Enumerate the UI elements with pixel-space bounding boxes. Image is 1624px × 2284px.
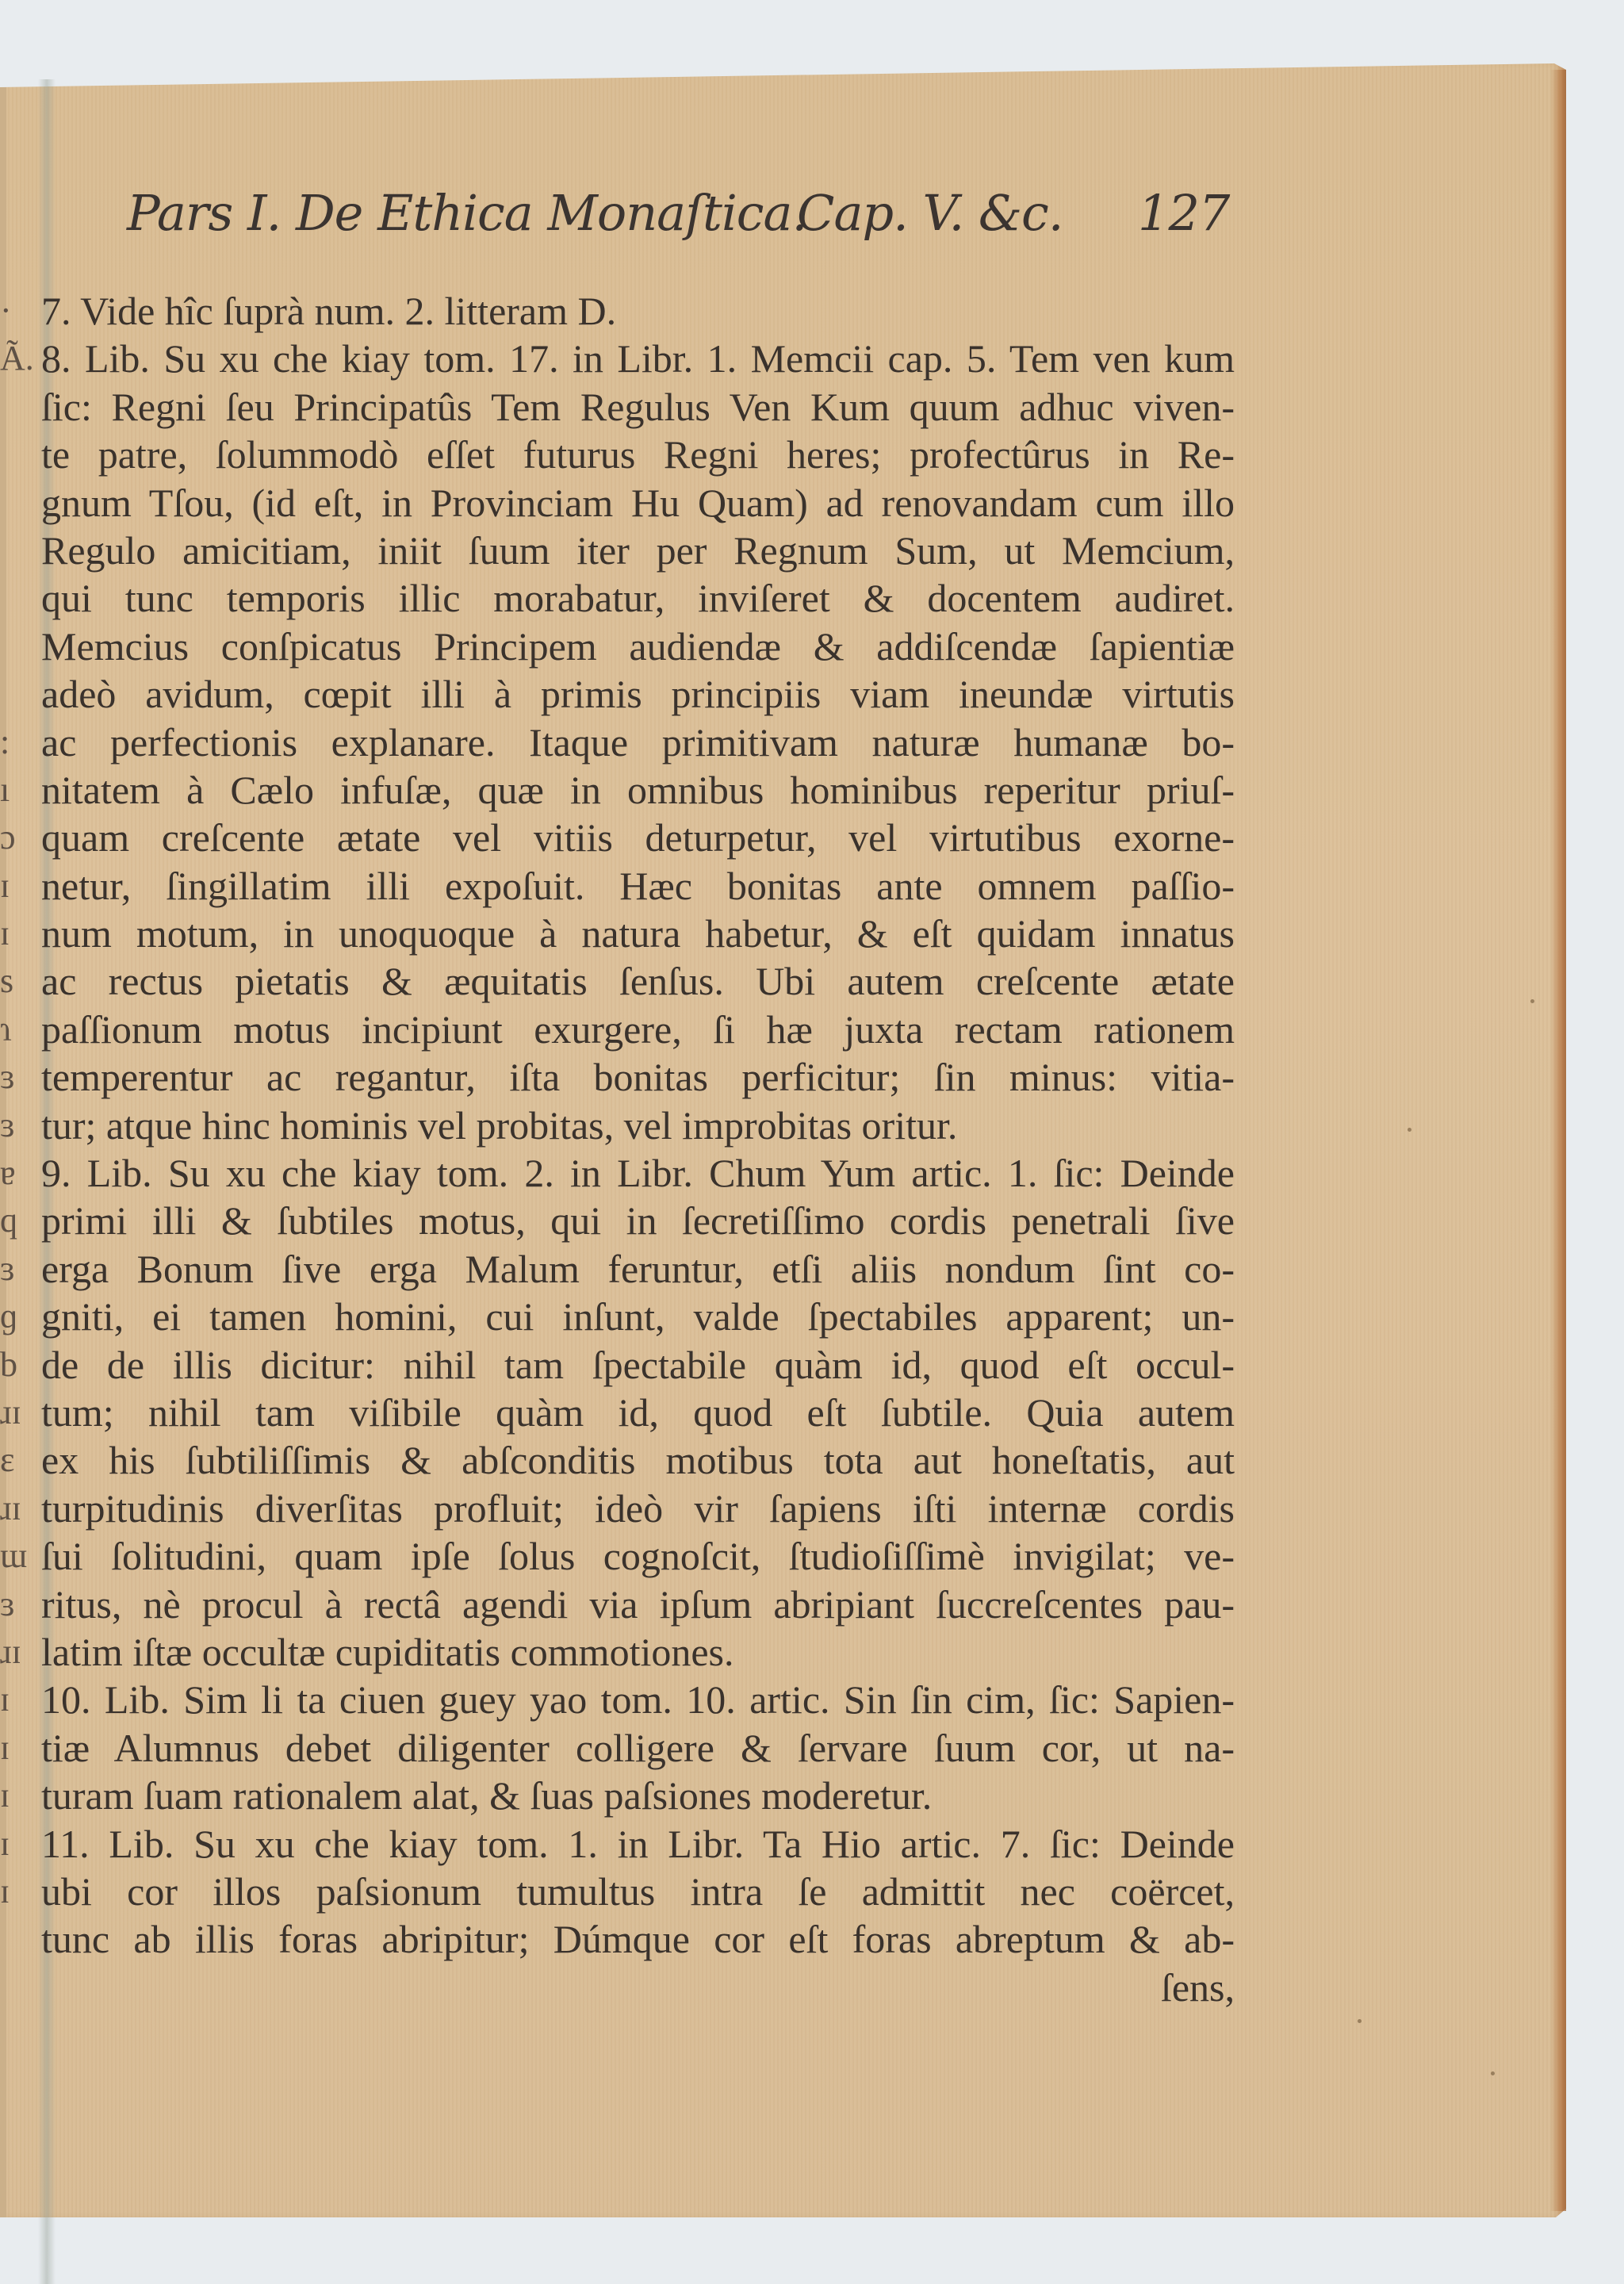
text-line: nitatem à Cælo infuſæ, quæ in omnibus ho… — [41, 766, 1235, 814]
text-line: turpitudinis diverſitas profluit; ideò v… — [41, 1485, 1235, 1532]
margin-fragment: ɛ — [0, 1436, 40, 1484]
margin-fragment: ı — [0, 766, 40, 814]
text-line: tiæ Alumnus debet diligenter colligere &… — [41, 1724, 1235, 1772]
text-line: te patre, ſolummodò eſſet futurus Regni … — [41, 431, 1235, 478]
margin-fragment: ɜ — [0, 1102, 40, 1149]
text-line: primi illi & ſubtiles motus, qui in ſecr… — [41, 1197, 1235, 1244]
margin-fragment: s — [0, 957, 40, 1005]
margin-fragment: ɡ — [0, 1293, 40, 1340]
running-head: Pars I. De Ethica Monaſtica. Cap. V. &c.… — [127, 184, 1237, 255]
text-line: ubi cor illos paſsionum tumultus intra ſ… — [41, 1868, 1235, 1915]
text-line: gnum Tſou, (id eſt, in Provinciam Hu Qua… — [41, 479, 1235, 527]
margin-fragment — [0, 383, 40, 431]
margin-fragment — [0, 574, 40, 622]
text-line: ex his ſubtiliſſimis & abſconditis motib… — [41, 1436, 1235, 1484]
text-line: erga Bonum ſive erga Malum feruntur, etſ… — [41, 1245, 1235, 1293]
text-line: num motum, in unoquoque à natura habetur… — [41, 910, 1235, 957]
text-line: quam creſcente ætate vel vitiis deturpet… — [41, 814, 1235, 861]
text-line-note-10: 10. Lib. Sim li ta ciuen guey yao tom. 1… — [41, 1676, 1235, 1723]
paper-speck — [1530, 999, 1534, 1003]
margin-fragment: ɪ — [0, 1820, 40, 1868]
text-line: turam ſuam rationalem alat, & ſuas paſsi… — [41, 1772, 1235, 1819]
running-head-title: Pars I. De Ethica Monaſtica. — [127, 184, 806, 242]
margin-fragment: ɜ — [0, 1245, 40, 1293]
text-line: ac rectus pietatis & æquitatis ſenſus. U… — [41, 957, 1235, 1005]
margin-fragment: ɪ — [0, 862, 40, 910]
catchword: ſens, — [41, 1964, 1235, 2011]
margin-fragment: ɪ — [0, 1868, 40, 1915]
margin-fragment: ɯ — [0, 1532, 40, 1580]
text-line: temperentur ac regantur, iſta bonitas pe… — [41, 1053, 1235, 1101]
text-line: netur, ſingillatim illi expoſuit. Hæc bo… — [41, 862, 1235, 910]
running-head-chapter: Cap. V. &c. — [797, 184, 1063, 242]
text-line: paſſionum motus incipiunt exurgere, ſi h… — [41, 1006, 1235, 1053]
margin-fragment: ɜ — [0, 1053, 40, 1101]
margin-fragment: ɿ — [0, 1006, 40, 1053]
paper-speck — [1408, 1128, 1411, 1132]
text-line: ſui ſolitudini, quam ipſe ſolus cognoſci… — [41, 1532, 1235, 1580]
margin-fragment — [0, 479, 40, 527]
facing-page-margin-fragments: · Ã. : ı ɔ ɪ ɪ s ɿ ɜ ɜ ɐ q ɜ ɡ b ɹɪ ɛ ɹɪ… — [0, 287, 40, 1915]
margin-fragment: ɪ — [0, 910, 40, 957]
margin-fragment: ɹɪ — [0, 1628, 40, 1676]
text-line: adeò avidum, cœpit illi à primis princip… — [41, 670, 1235, 718]
text-line: gniti, ei tamen homini, cui inſunt, vald… — [41, 1293, 1235, 1340]
text-line: ſic: Regni ſeu Principatûs Tem Regulus V… — [41, 383, 1235, 431]
text-line: tunc ab illis foras abripitur; Dúmque co… — [41, 1915, 1235, 1963]
text-line: tur; atque hinc hominis vel probitas, ve… — [41, 1102, 1235, 1149]
margin-fragment: ɹɪ — [0, 1389, 40, 1436]
text-line: Regulo amicitiam, iniit ſuum iter per Re… — [41, 527, 1235, 574]
margin-fragment: q — [0, 1197, 40, 1244]
margin-fragment: ɜ — [0, 1581, 40, 1628]
margin-fragment: : — [0, 719, 40, 766]
margin-fragment — [0, 431, 40, 478]
text-line: Memcius conſpicatus Principem audiendæ &… — [41, 623, 1235, 670]
margin-fragment — [0, 670, 40, 718]
margin-fragment: ɪ — [0, 1676, 40, 1723]
text-line-note-7: 7. Vide hîc ſuprà num. 2. litteram D. — [41, 287, 1235, 335]
margin-fragment: ɪ — [0, 1772, 40, 1819]
text-line: de de illis dicitur: nihil tam ſpectabil… — [41, 1341, 1235, 1389]
page-right-edge — [1550, 70, 1566, 2211]
text-line: ritus, nè procul à rectâ agendi via ipſu… — [41, 1581, 1235, 1628]
margin-fragment: · — [0, 287, 40, 335]
paper-speck — [1491, 2071, 1495, 2075]
text-line: qui tunc temporis illic morabatur, inviſ… — [41, 574, 1235, 622]
text-line-note-8: 8. Lib. Su xu che kiay tom. 17. in Libr.… — [41, 335, 1235, 382]
margin-fragment — [0, 527, 40, 574]
paper-speck — [1358, 2019, 1362, 2023]
text-line-note-11: 11. Lib. Su xu che kiay tom. 1. in Libr.… — [41, 1820, 1235, 1868]
margin-fragment: ɔ — [0, 814, 40, 861]
scan-background: Pars I. De Ethica Monaſtica. Cap. V. &c.… — [0, 0, 1624, 2284]
body-text: 7. Vide hîc ſuprà num. 2. litteram D. 8.… — [41, 287, 1235, 2011]
margin-fragment: b — [0, 1341, 40, 1389]
page-number: 127 — [1138, 184, 1229, 242]
text-line-note-9: 9. Lib. Su xu che kiay tom. 2. in Libr. … — [41, 1149, 1235, 1197]
margin-fragment: Ã. — [0, 335, 40, 382]
margin-fragment: ɹɪ — [0, 1485, 40, 1532]
margin-fragment: ɪ — [0, 1724, 40, 1772]
margin-fragment — [0, 623, 40, 670]
text-line: tum; nihil tam viſibile quàm id, quod eſ… — [41, 1389, 1235, 1436]
text-line: latim iſtæ occultæ cupiditatis commotion… — [41, 1628, 1235, 1676]
text-line: ac perfectionis explanare. Itaque primit… — [41, 719, 1235, 766]
margin-fragment: ɐ — [0, 1149, 40, 1197]
